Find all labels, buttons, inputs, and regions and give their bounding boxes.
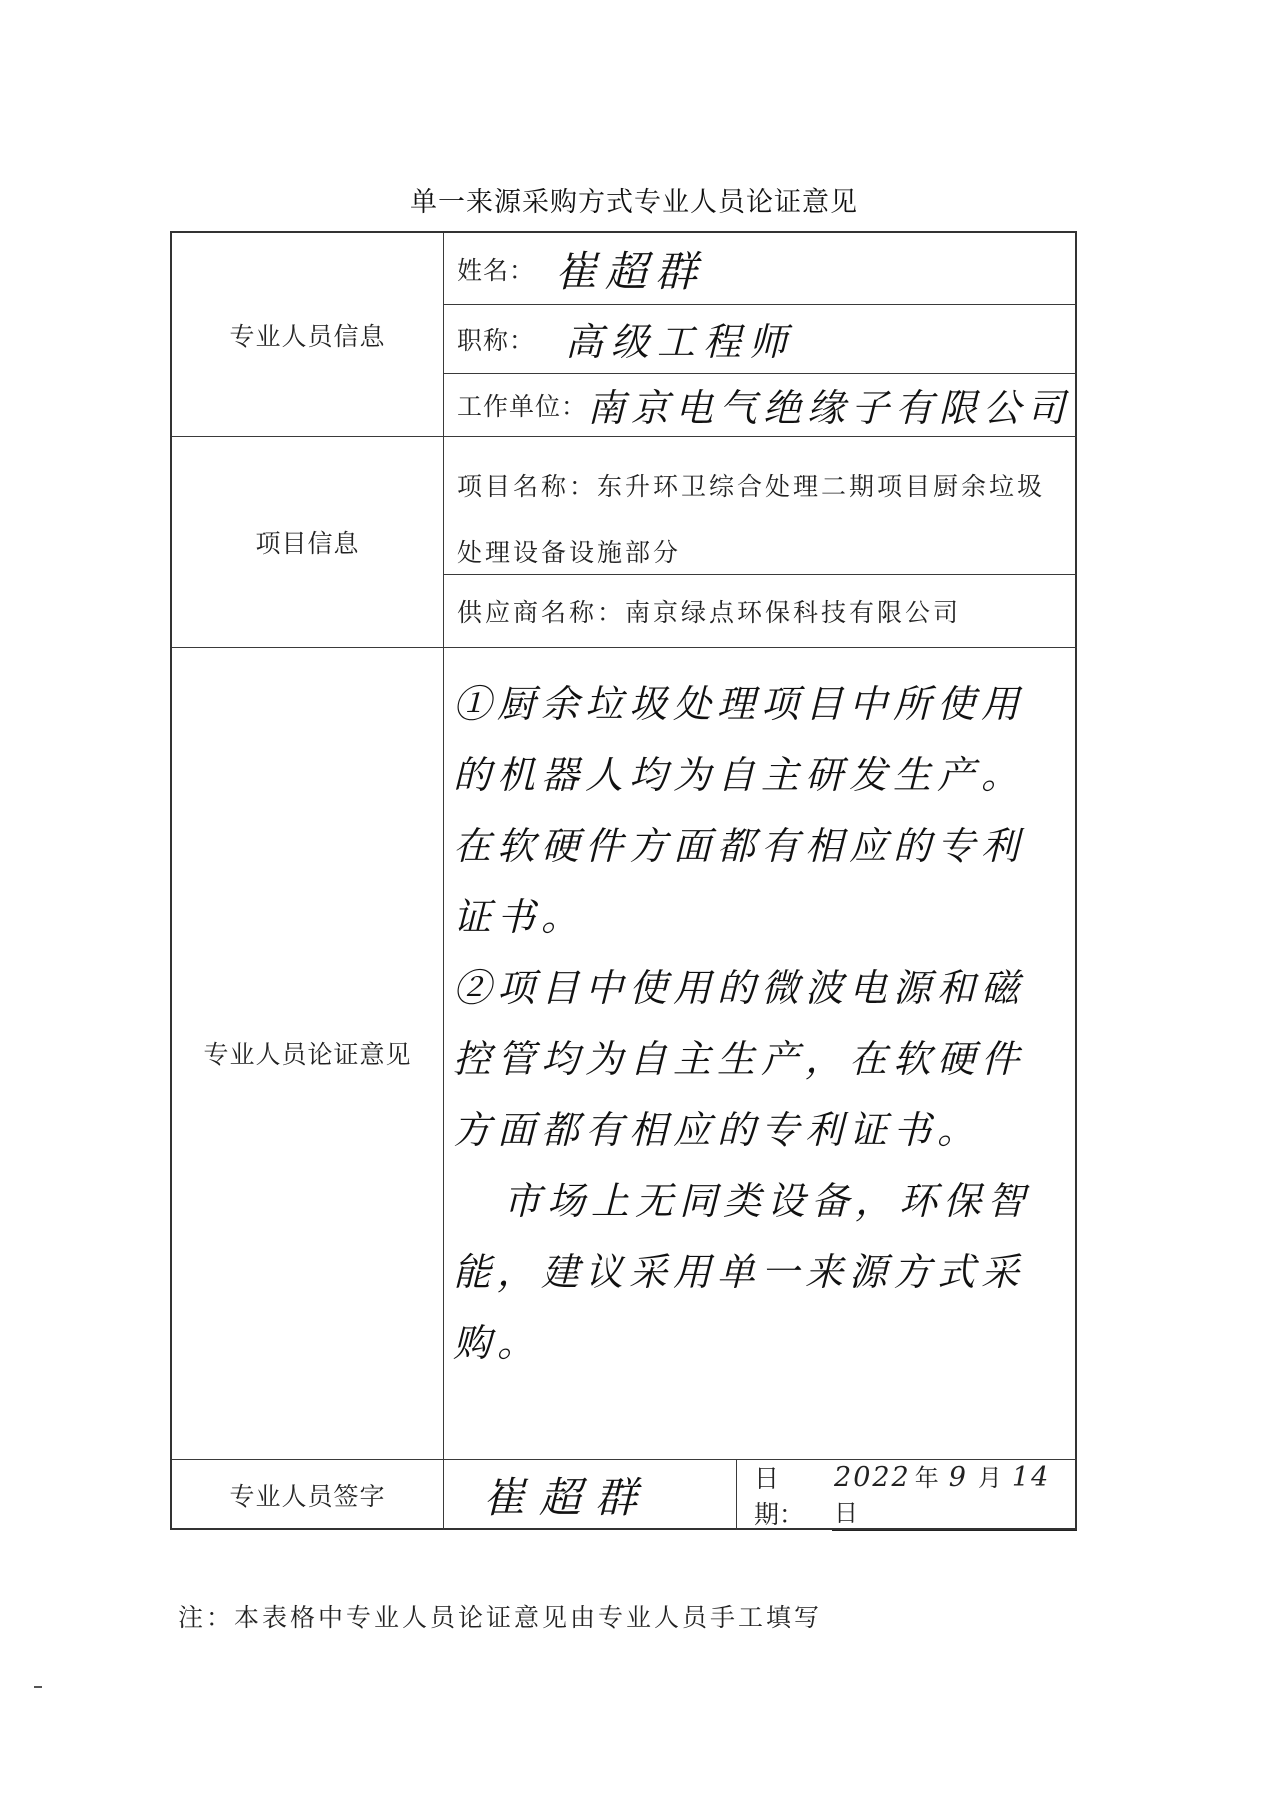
name-value: 崔超群	[555, 239, 705, 299]
personnel-info-label-text: 专业人员信息	[229, 317, 385, 353]
project-name-label: 项目名称：	[457, 472, 597, 501]
supplier-field: 供应商名称： 南京绿点环保科技有限公司	[443, 574, 1077, 647]
opinion-paragraph-1: ①厨余垃圾处理项目中所使用的机器人均为自主研发生产。在软硬件方面都有相应的专利证…	[453, 669, 1067, 953]
date-day-unit: 日	[834, 1499, 858, 1527]
title-field: 职称： 高级工程师	[443, 304, 1077, 373]
date-year: 2022	[834, 1462, 911, 1493]
title-value: 高级工程师	[565, 311, 795, 366]
opinion-handwritten-text: ①厨余垃圾处理项目中所使用的机器人均为自主研发生产。在软硬件方面都有相应的专利证…	[443, 647, 1077, 1459]
date-value: 2022年9月14日	[832, 1458, 1077, 1531]
employer-value: 南京电气绝缘子有限公司	[587, 377, 1071, 432]
supplier-label: 供应商名称：	[457, 593, 625, 629]
opinion-paragraph-3: 市场上无同类设备，环保智能，建议采用单一来源方式采购。	[453, 1166, 1067, 1379]
argumentation-form-table: 专业人员信息 姓名： 崔超群 职称： 高级工程师 工作单位： 南京电气绝缘子有限…	[170, 231, 1077, 1530]
supplier-value: 南京绿点环保科技有限公司	[625, 593, 961, 629]
signature-label: 专业人员签字	[172, 1459, 443, 1530]
project-info-label-text: 项目信息	[255, 524, 359, 560]
personnel-info-label: 专业人员信息	[172, 233, 443, 436]
signature-field: 崔超群	[443, 1459, 736, 1530]
date-month: 9	[949, 1462, 968, 1493]
date-field: 日期： 2022年9月14日	[736, 1459, 1077, 1530]
date-month-unit: 月	[978, 1464, 1002, 1492]
opinion-label-text: 专业人员论证意见	[203, 1035, 411, 1071]
footnote: 注：本表格中专业人员论证意见由专业人员手工填写	[178, 1598, 822, 1634]
opinion-label: 专业人员论证意见	[172, 647, 443, 1459]
date-day: 14	[1012, 1462, 1050, 1493]
opinion-paragraph-2: ②项目中使用的微波电源和磁控管均为自主生产，在软硬件方面都有相应的专利证书。	[453, 953, 1067, 1166]
employer-label: 工作单位：	[457, 387, 587, 423]
name-label: 姓名：	[457, 251, 535, 287]
date-year-unit: 年	[915, 1464, 939, 1492]
employer-field: 工作单位： 南京电气绝缘子有限公司	[443, 373, 1077, 436]
project-name-field: 项目名称：东升环卫综合处理二期项目厨余垃圾处理设备设施部分	[443, 436, 1077, 574]
title-label: 职称：	[457, 321, 535, 357]
document-title: 单一来源采购方式专业人员论证意见	[0, 180, 1268, 219]
date-label: 日期：	[754, 1459, 828, 1531]
scan-artifact	[34, 1686, 42, 1688]
signature-label-text: 专业人员签字	[229, 1477, 385, 1513]
project-info-label: 项目信息	[172, 436, 443, 647]
name-field: 姓名： 崔超群	[443, 233, 1077, 304]
handwritten-signature: 崔超群	[483, 1465, 651, 1525]
